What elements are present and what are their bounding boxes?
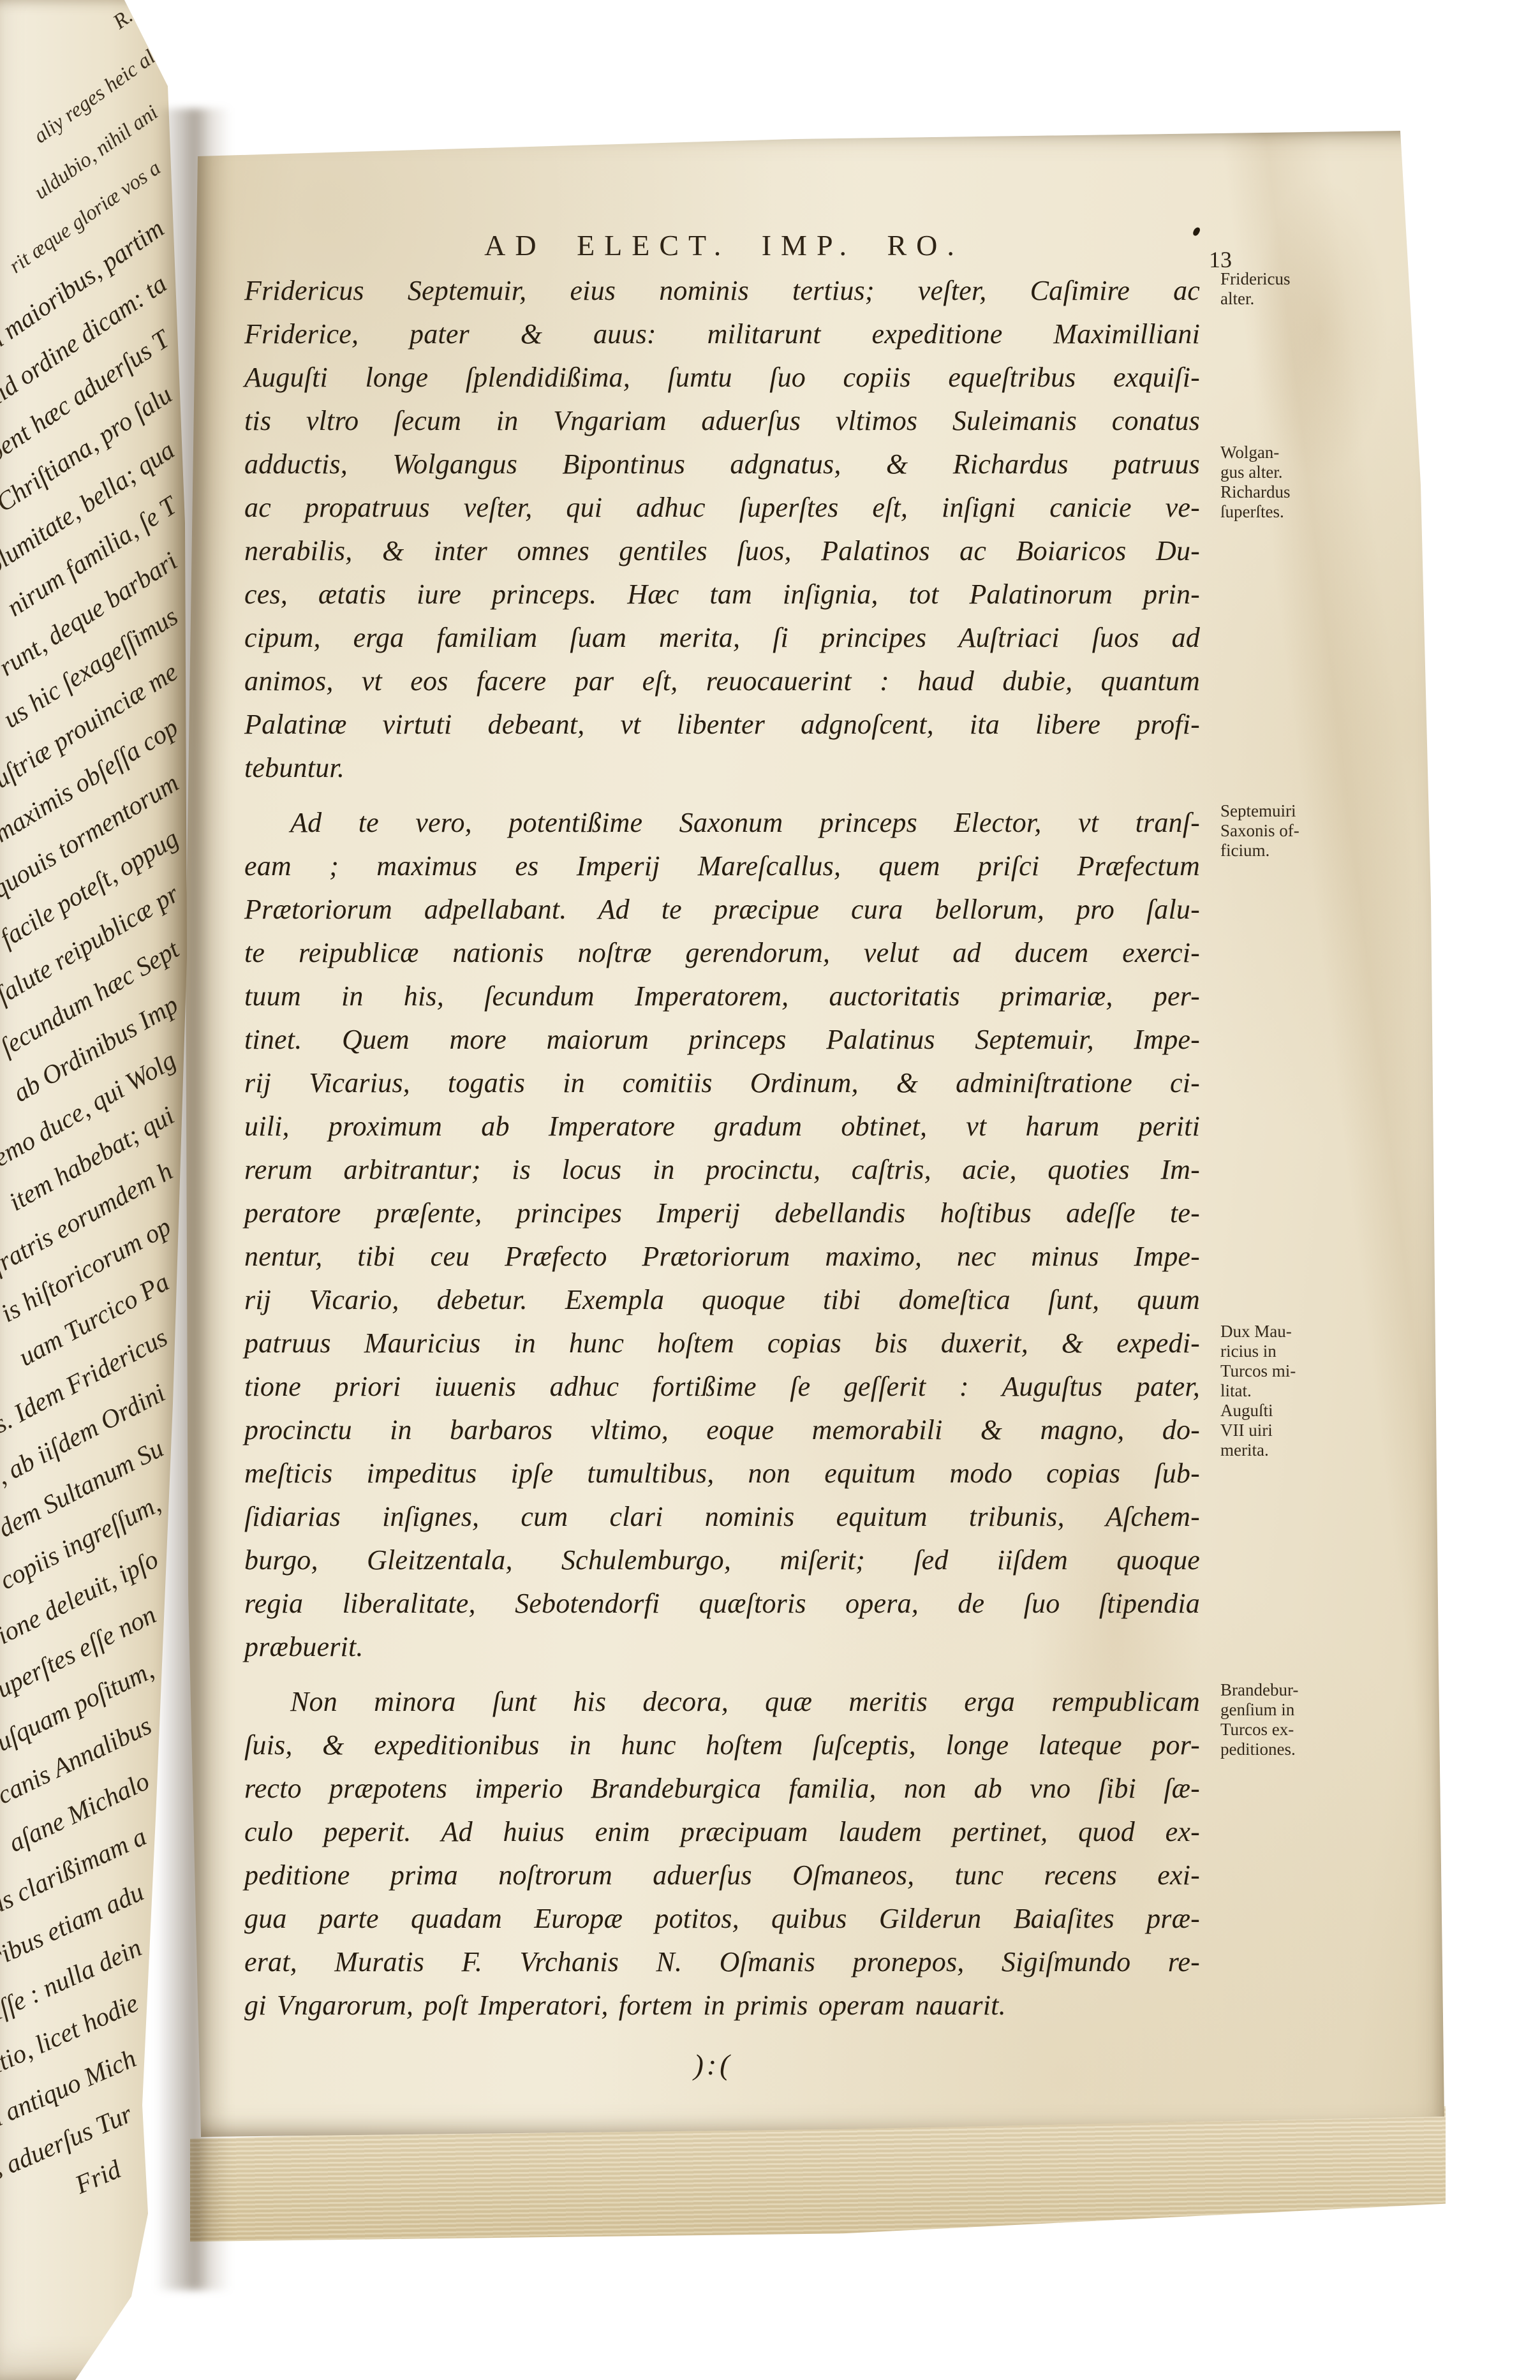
text-line: cipum, erga familiam ſuam merita, ſi pri…	[244, 616, 1200, 660]
text-line: burgo, Gleitzentala, Schulemburgo, miſer…	[244, 1539, 1200, 1582]
margin-note-line: peditiones.	[1220, 1740, 1298, 1759]
margin-note: Fridericusalter.	[1220, 269, 1290, 309]
margin-note-line: Turcos mi-	[1220, 1361, 1296, 1381]
body-text: Fridericus Septemuir, eius nominis terti…	[244, 269, 1200, 2027]
margin-note-line: Saxonis of-	[1220, 821, 1299, 841]
margin-note: Brandebur-genſium inTurcos ex-peditiones…	[1220, 1680, 1298, 1759]
text-line: procinctu in barbaros vltimo, eoque memo…	[244, 1408, 1200, 1452]
margin-note: Wolgan-gus alter.Richardusſuperſtes.	[1220, 443, 1290, 522]
text-line: erat, Muratis F. Vrchanis N. Oſmanis pro…	[244, 1940, 1200, 1984]
book-photo: AD ELECT. IMP. RO. 13 Fridericus Septemu…	[0, 0, 1540, 2380]
paragraph-3: Non minora ſunt his decora, quæ meritis …	[244, 1680, 1200, 2027]
margin-note: SeptemuiriSaxonis of-ficium.	[1220, 801, 1299, 861]
margin-note-line: Richardus	[1220, 482, 1290, 502]
text-line: peditione prima noſtrorum aduerſus Oſman…	[244, 1854, 1200, 1897]
text-line: eam ; maximus es Imperij Mareſcallus, qu…	[244, 845, 1200, 888]
margin-note-line: Septemuiri	[1220, 801, 1299, 821]
text-line: ſuis, & expeditionibus in hunc hoſtem ſu…	[244, 1724, 1200, 1767]
signature-mark: ):(	[458, 2048, 968, 2081]
book-page: AD ELECT. IMP. RO. 13 Fridericus Septemu…	[169, 128, 1448, 2138]
text-line: Prætoriorum adpellabant. Ad te præcipue …	[244, 888, 1200, 931]
text-line: Friderice, pater & auus: militarunt expe…	[244, 313, 1200, 356]
text-line: rerum arbitrantur; is locus in procinctu…	[244, 1148, 1200, 1192]
text-line: Ad te vero, potentißime Saxonum princeps…	[244, 801, 1200, 845]
margin-note-line: Brandebur-	[1220, 1680, 1298, 1700]
previous-page-fragment: Frid	[71, 2154, 126, 2200]
text-line: ac propatruus veſter, qui adhuc ſuperſte…	[244, 486, 1200, 529]
text-line: tinet. Quem more maiorum princeps Palati…	[244, 1018, 1200, 1061]
text-line: culo peperit. Ad huius enim præcipuam la…	[244, 1810, 1200, 1854]
margin-note-line: Turcos ex-	[1220, 1720, 1298, 1740]
text-line: animos, vt eos facere par eſt, reuocauer…	[244, 660, 1200, 703]
margin-note-line: Fridericus	[1220, 269, 1290, 289]
text-line: Auguſti longe ſplendidißima, ſumtu ſuo c…	[244, 356, 1200, 399]
margin-note-line: Dux Mau-	[1220, 1322, 1296, 1342]
text-line: tebuntur.	[244, 746, 1200, 790]
margin-note-line: Auguſti	[1220, 1401, 1296, 1421]
text-line: Palatinæ virtuti debeant, vt libenter ad…	[244, 703, 1200, 746]
text-line: ſidiarias inſignes, cum clari nominis eq…	[244, 1495, 1200, 1539]
text-line: præbuerit.	[244, 1625, 1200, 1669]
previous-page: R. C.aliy reges heic aluldubio, nihil an…	[0, 0, 198, 2380]
text-line: gua parte quadam Europæ potitos, quibus …	[244, 1897, 1200, 1940]
text-line: patruus Mauricius in hunc hoſtem copias …	[244, 1322, 1200, 1365]
paragraph-1: Fridericus Septemuir, eius nominis terti…	[244, 269, 1200, 790]
text-line: ces, ætatis iure princeps. Hæc tam inſig…	[244, 573, 1200, 616]
text-line: regia liberalitate, Sebotendorfi quæſtor…	[244, 1582, 1200, 1625]
margin-note-line: VII uiri	[1220, 1421, 1296, 1440]
margin-note-line: genſium in	[1220, 1700, 1298, 1720]
text-line: Non minora ſunt his decora, quæ meritis …	[244, 1680, 1200, 1724]
margin-note-line: ſuperſtes.	[1220, 502, 1290, 522]
margin-note-line: litat.	[1220, 1381, 1296, 1401]
margin-note-line: Wolgan-	[1220, 443, 1290, 462]
text-line: recto præpotens imperio Brandeburgica fa…	[244, 1767, 1200, 1810]
text-line: rij Vicario, debetur. Exempla quoque tib…	[244, 1278, 1200, 1322]
text-line: gi Vngarorum, poſt Imperatori, fortem in…	[244, 1984, 1200, 2027]
text-line: peratore præſente, principes Imperij deb…	[244, 1192, 1200, 1235]
text-line: nentur, tibi ceu Præfecto Prætoriorum ma…	[244, 1235, 1200, 1278]
text-line: rij Vicarius, togatis in comitiis Ordinu…	[244, 1061, 1200, 1105]
text-line: uili, proximum ab Imperatore gradum obti…	[244, 1105, 1200, 1148]
margin-note-line: merita.	[1220, 1440, 1296, 1460]
running-title: AD ELECT. IMP. RO.	[246, 228, 1203, 262]
margin-note: Dux Mau-ricius inTurcos mi-litat.Auguſti…	[1220, 1322, 1296, 1460]
margin-note-line: alter.	[1220, 289, 1290, 309]
text-line: meſticis impeditus ipſe tumultibus, non …	[244, 1452, 1200, 1495]
text-line: tis vltro ſecum in Vngariam aduerſus vlt…	[244, 399, 1200, 443]
text-line: nerabilis, & inter omnes gentiles ſuos, …	[244, 529, 1200, 573]
text-line: adductis, Wolgangus Bipontinus adgnatus,…	[244, 443, 1200, 486]
margin-note-line: gus alter.	[1220, 462, 1290, 482]
margin-note-line: ricius in	[1220, 1342, 1296, 1361]
text-line: tione priori iuuenis adhuc fortißime ſe …	[244, 1365, 1200, 1408]
text-line: tuum in his, ſecundum Imperatorem, aucto…	[244, 975, 1200, 1018]
text-line: Fridericus Septemuir, eius nominis terti…	[244, 269, 1200, 313]
text-line: te reipublicæ nationis noſtræ gerendorum…	[244, 931, 1200, 975]
previous-page-fragment: R. C.	[109, 0, 158, 34]
paragraph-2: Ad te vero, potentißime Saxonum princeps…	[244, 801, 1200, 1669]
margin-note-line: ficium.	[1220, 841, 1299, 861]
